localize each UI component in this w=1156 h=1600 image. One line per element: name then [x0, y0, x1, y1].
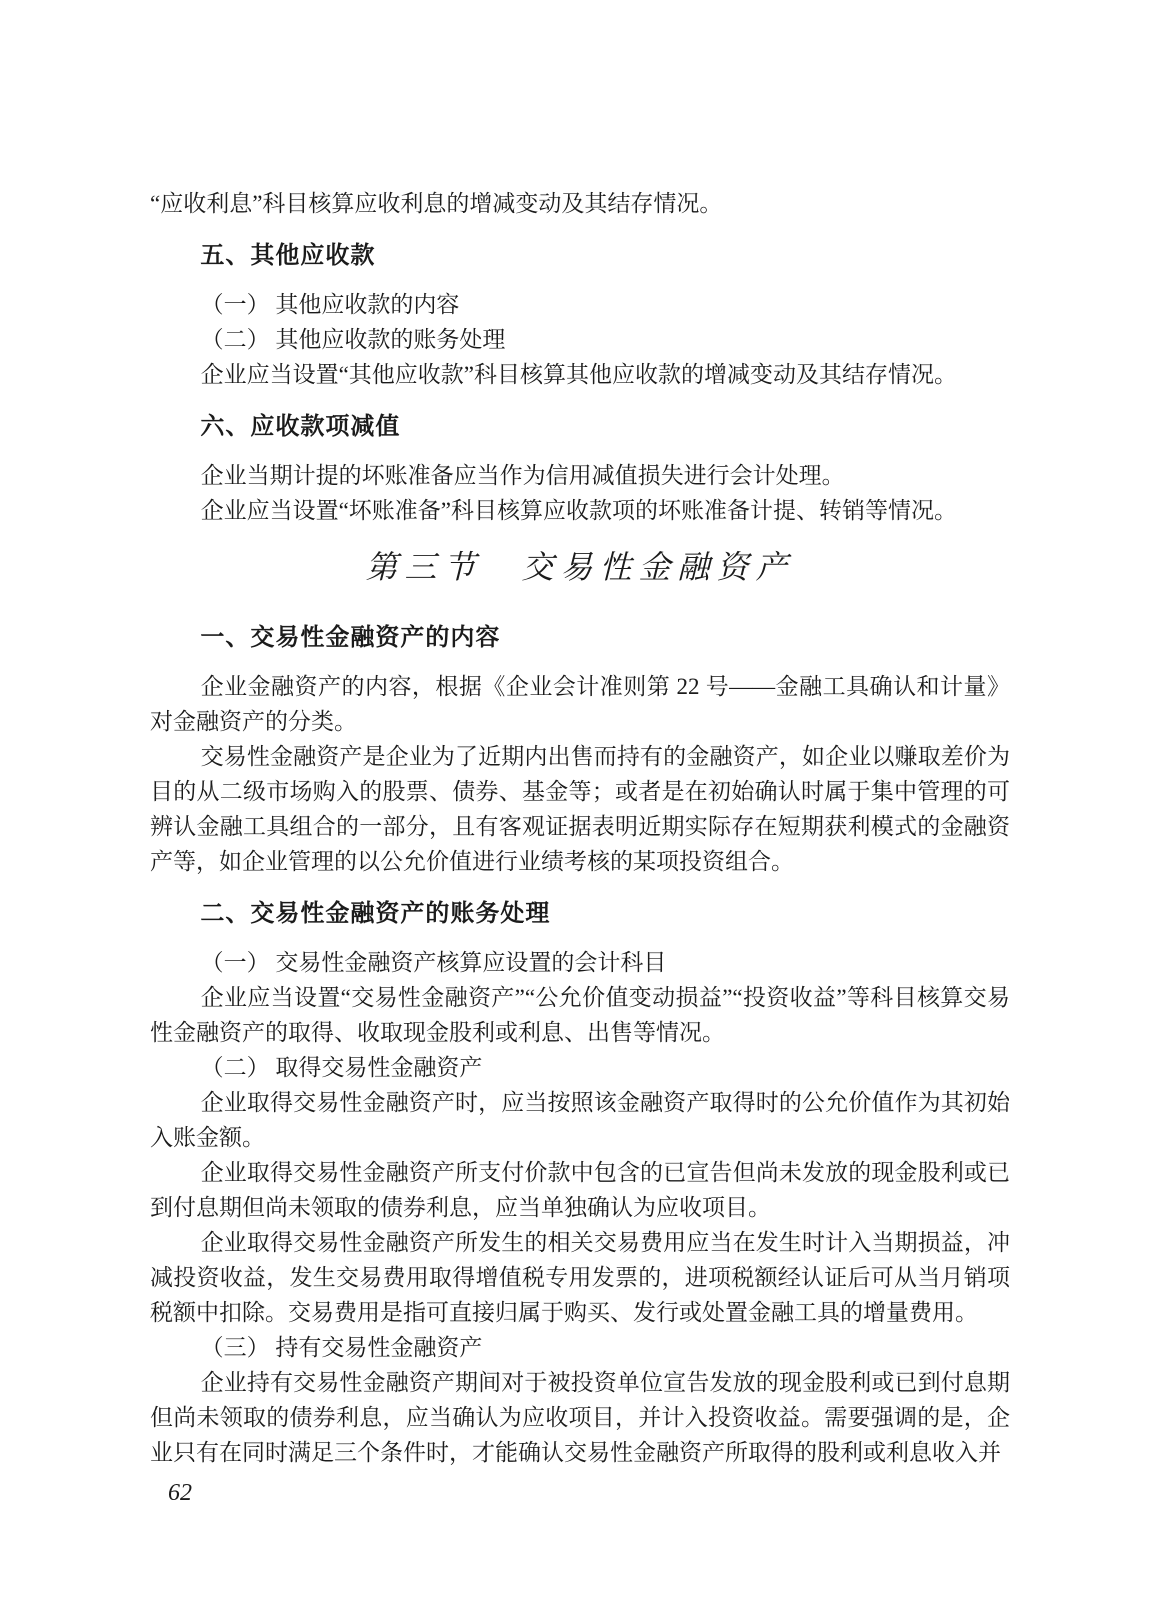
section-title-trading-financial-assets: 第三节 交易性金融资产: [150, 544, 1010, 590]
paragraph: 企业应当设置“坏账准备”科目核算应收款项的坏账准备计提、转销等情况。: [150, 493, 1010, 528]
paragraph: 企业当期计提的坏账准备应当作为信用减值损失进行会计处理。: [150, 458, 1010, 493]
heading-other-receivables: 五、其他应收款: [150, 238, 1010, 273]
paragraph-continuation: “应收利息”科目核算应收利息的增减变动及其结存情况。: [150, 186, 1010, 221]
paragraph: 企业取得交易性金融资产所发生的相关交易费用应当在发生时计入当期损益，冲减投资收益…: [150, 1225, 1010, 1330]
heading-receivables-impairment: 六、应收款项减值: [150, 409, 1010, 444]
paragraph: 企业取得交易性金融资产所支付价款中包含的已宣告但尚未发放的现金股利或已到付息期但…: [150, 1155, 1010, 1225]
page-number: 62: [168, 1478, 1010, 1508]
paragraph: 企业应当设置“交易性金融资产”“公允价值变动损益”“投资收益”等科目核算交易性金…: [150, 980, 1010, 1050]
list-item-1: （一） 交易性金融资产核算应设置的会计科目: [150, 945, 1010, 980]
heading-trading-assets-content: 一、交易性金融资产的内容: [150, 620, 1010, 655]
paragraph: 企业金融资产的内容，根据《企业会计准则第 22 号——金融工具确认和计量》对金融…: [150, 669, 1010, 739]
paragraph: 企业应当设置“其他应收款”科目核算其他应收款的增减变动及其结存情况。: [150, 357, 1010, 392]
paragraph: 企业持有交易性金融资产期间对于被投资单位宣告发放的现金股利或已到付息期但尚未领取…: [150, 1365, 1010, 1470]
paragraph: 企业取得交易性金融资产时，应当按照该金融资产取得时的公允价值作为其初始入账金额。: [150, 1085, 1010, 1155]
document-page: “应收利息”科目核算应收利息的增减变动及其结存情况。 五、其他应收款 （一） 其…: [0, 0, 1156, 1600]
list-item-2: （二） 取得交易性金融资产: [150, 1050, 1010, 1085]
paragraph: 交易性金融资产是企业为了近期内出售而持有的金融资产，如企业以赚取差价为目的从二级…: [150, 739, 1010, 879]
list-item-1: （一） 其他应收款的内容: [150, 287, 1010, 322]
list-item-3: （三） 持有交易性金融资产: [150, 1330, 1010, 1365]
heading-trading-assets-accounting: 二、交易性金融资产的账务处理: [150, 896, 1010, 931]
list-item-2: （二） 其他应收款的账务处理: [150, 322, 1010, 357]
